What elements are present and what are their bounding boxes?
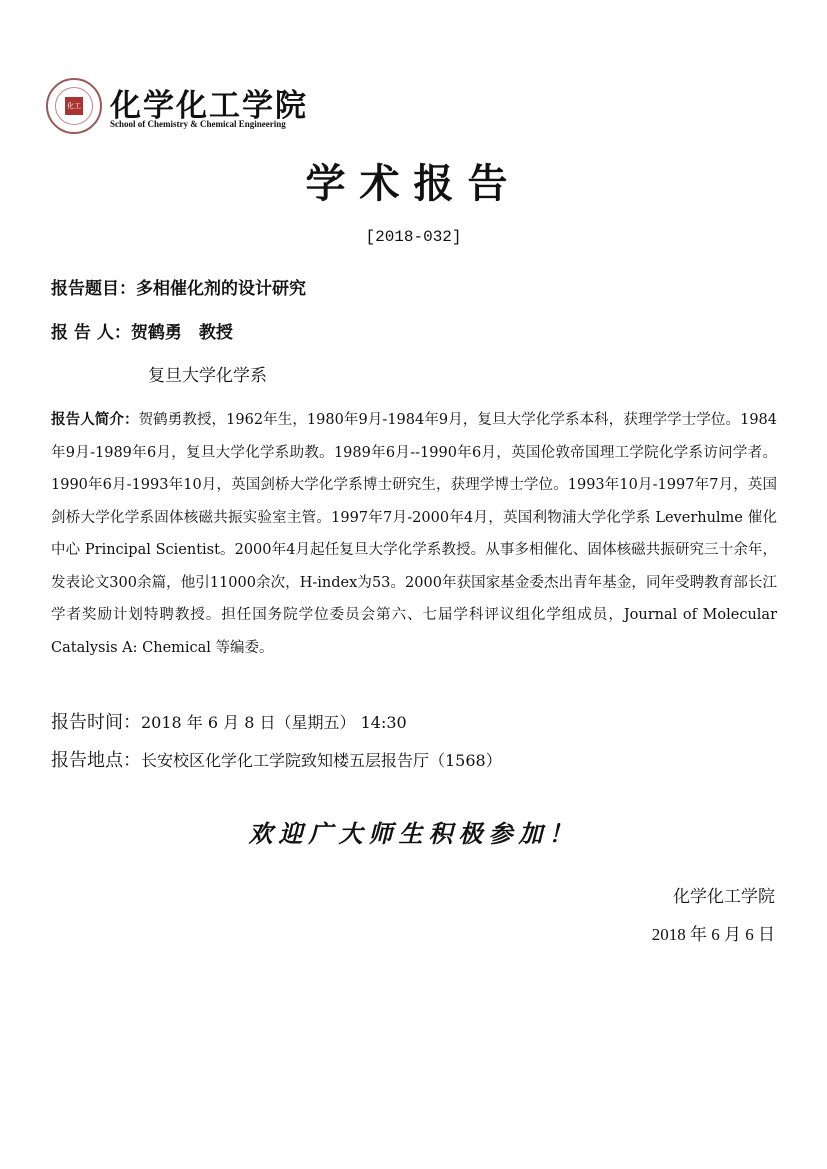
time-label: 报告时间：: [51, 712, 141, 733]
page-title: 学术报告: [0, 152, 827, 209]
topic-label: 报告题目：: [51, 279, 136, 299]
speaker-value: 贺鹤勇 教授: [131, 323, 233, 343]
speaker-label: 报 告 人：: [51, 323, 131, 343]
speaker-row: 报 告 人：贺鹤勇 教授: [51, 318, 233, 343]
bio-label: 报告人简介：: [51, 412, 139, 428]
affiliation: 复旦大学化学系: [148, 361, 267, 386]
topic-value: 多相催化剂的设计研究: [136, 279, 306, 299]
place-row: 报告地点：长安校区化学化工学院致知楼五层报告厅（1568）: [51, 746, 502, 772]
signature-org: 化学化工学院: [673, 882, 775, 907]
school-seal-logo: 化工: [46, 78, 102, 134]
report-code: [2018-032]: [0, 228, 827, 246]
speaker-bio: 报告人简介：贺鹤勇教授，1962年生，1980年9月-1984年9月，复旦大学化…: [51, 404, 777, 664]
time-row: 报告时间：2018 年 6 月 8 日（星期五） 14:30: [51, 708, 407, 734]
school-name-en: School of Chemistry & Chemical Engineeri…: [110, 119, 286, 129]
bio-text: 贺鹤勇教授，1962年生，1980年9月-1984年9月，复旦大学化学系本科，获…: [51, 412, 777, 656]
topic-row: 报告题目：多相催化剂的设计研究: [51, 274, 306, 299]
welcome-message: 欢迎广大师生积极参加！: [0, 814, 827, 849]
place-label: 报告地点：: [51, 750, 141, 771]
time-value: 2018 年 6 月 8 日（星期五） 14:30: [141, 713, 407, 732]
place-value: 长安校区化学化工学院致知楼五层报告厅（1568）: [141, 751, 502, 770]
signature-date: 2018 年 6 月 6 日: [652, 920, 775, 945]
